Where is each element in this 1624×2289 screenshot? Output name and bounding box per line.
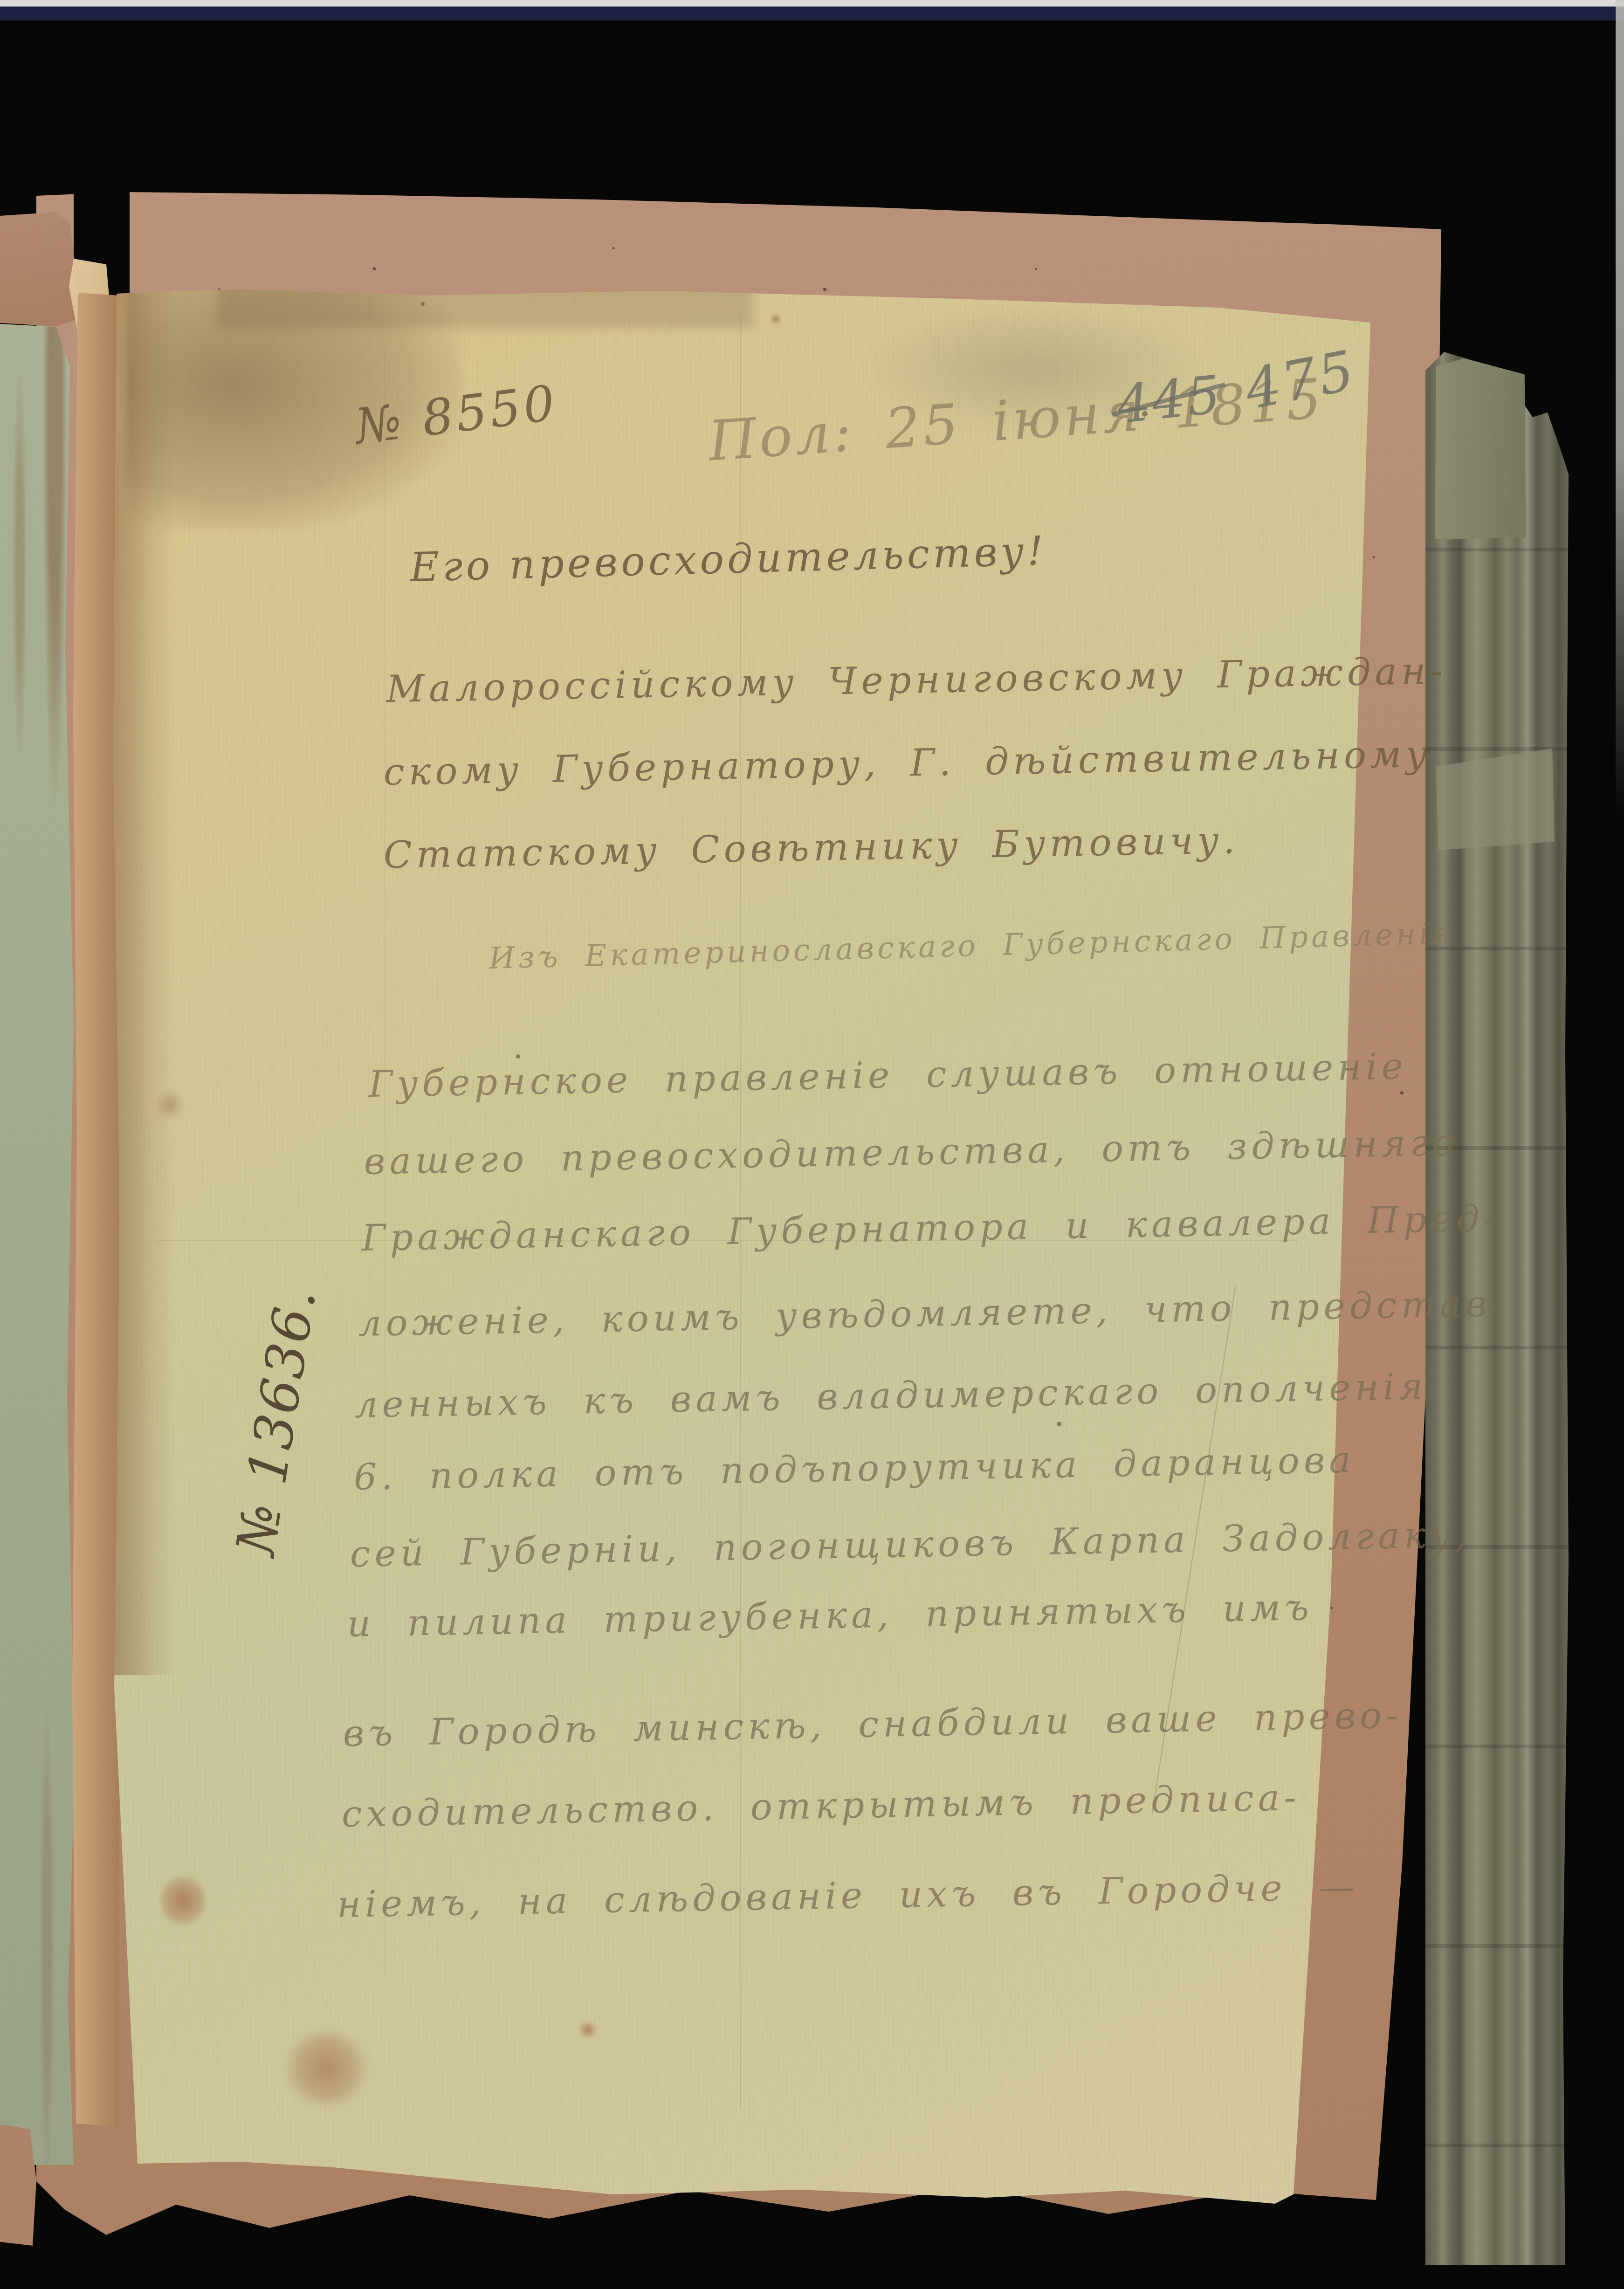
ink-fleck <box>1057 1422 1061 1426</box>
archival-scan: № 8550 Пол: 25 іюня 1815 445 475 № 13636… <box>0 0 1624 2289</box>
rust-spot <box>769 313 782 325</box>
book-fore-edge-top <box>1430 357 1532 543</box>
ink-fleck <box>516 1054 520 1059</box>
mat-piece-top-left <box>0 212 78 326</box>
pencil-folio-crossed-value: 445 <box>1114 364 1225 435</box>
scanner-edge-strip <box>0 0 1624 7</box>
pencil-folio-crossed: 445 <box>1114 364 1225 435</box>
ink-fleck <box>421 302 425 306</box>
rust-spot <box>155 1091 185 1120</box>
rust-spot <box>578 2021 598 2039</box>
rust-spot <box>287 2032 366 2104</box>
scanner-edge-blue-strip <box>0 7 1624 21</box>
gutter-fold-strip <box>72 293 119 2127</box>
scanner-right-edge <box>1616 0 1624 816</box>
rust-spot <box>161 1874 205 1927</box>
